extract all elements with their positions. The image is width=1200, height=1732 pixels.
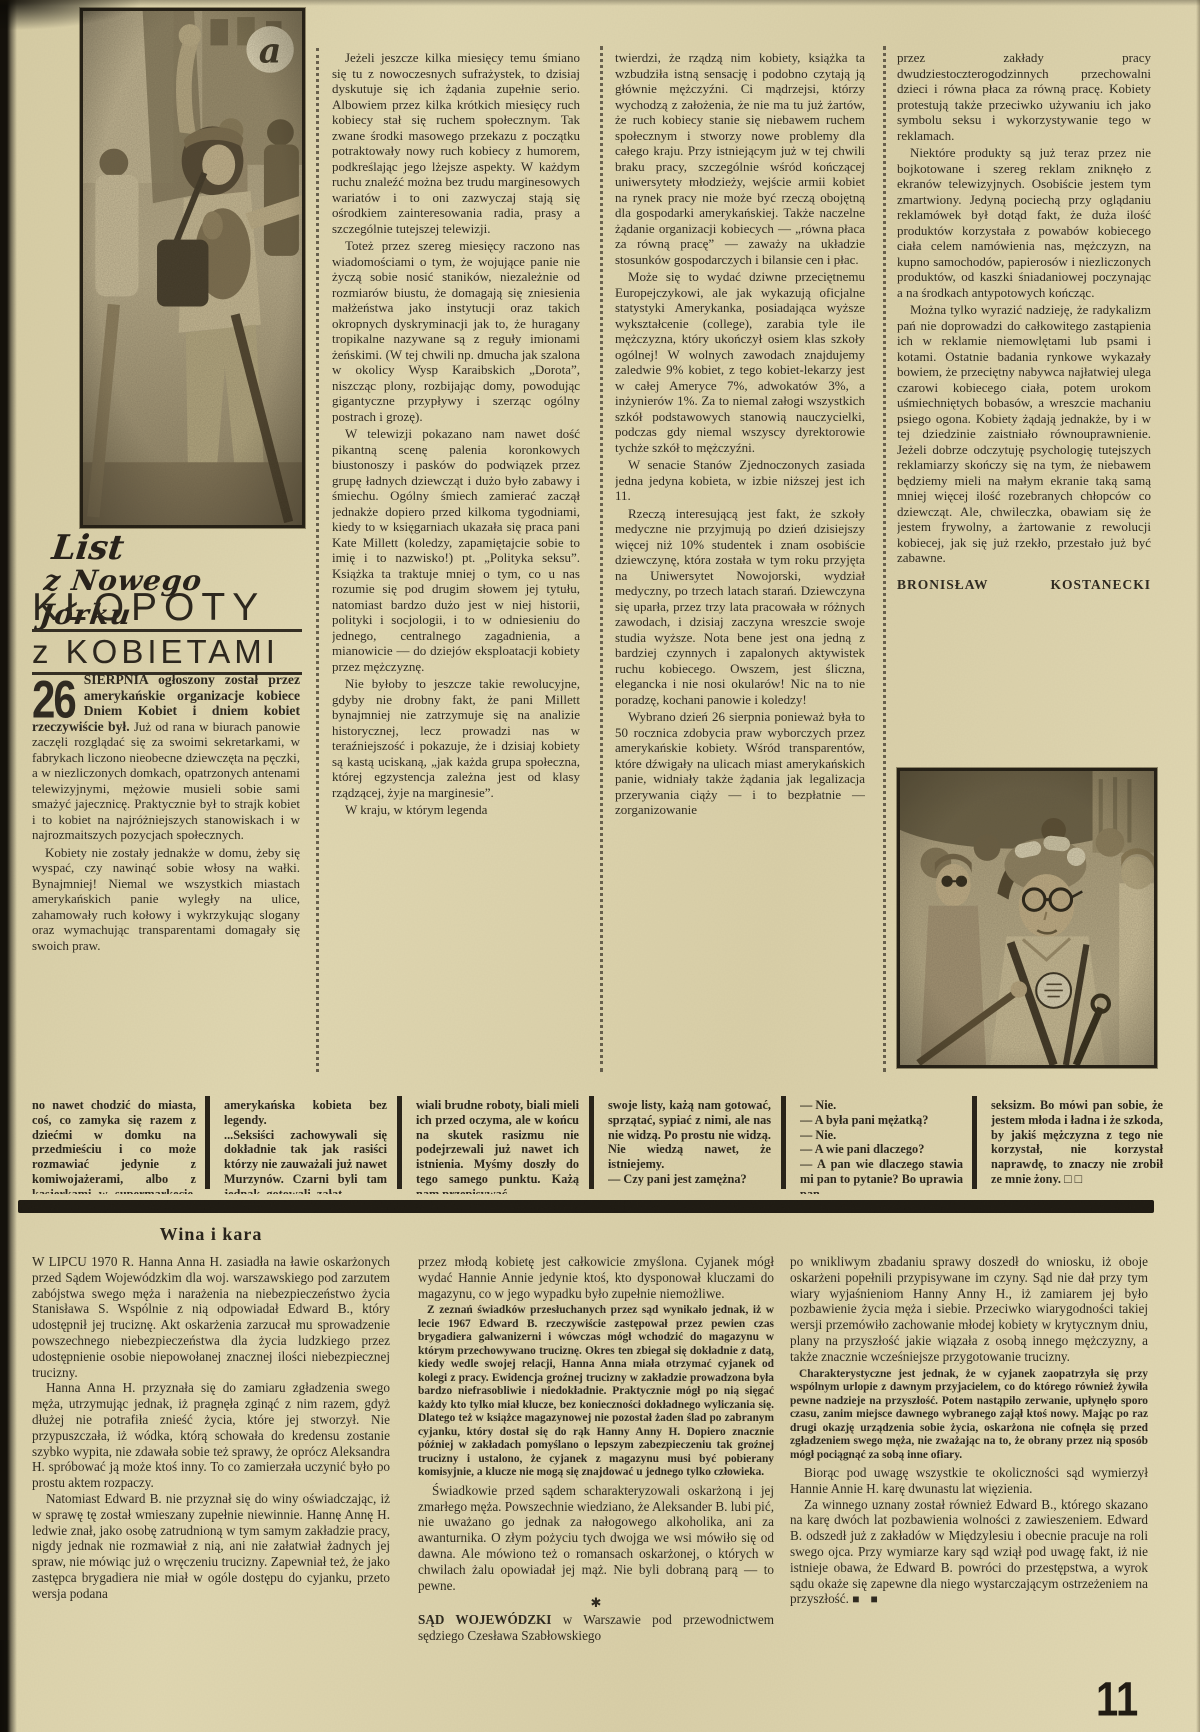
scan-edge-top xyxy=(0,0,1200,6)
paragraph: Kobiety nie zostały jednakże w domu, żeb… xyxy=(32,845,300,954)
scan-edge-right xyxy=(1196,0,1200,1732)
article1-column-3: twierdzi, że rządzą nim kobiety, książka… xyxy=(615,50,865,1062)
paragraph: Rzeczą interesującą jest fakt, że szkoły… xyxy=(615,506,865,708)
scan-edge-bottom-left xyxy=(0,1640,10,1732)
headline-line2: z KOBIETAMI xyxy=(32,634,302,675)
column-divider-dotted xyxy=(600,46,603,1072)
band-separator-bar xyxy=(972,1096,977,1189)
paragraph: Toteż przez szereg miesięcy raczono nas … xyxy=(332,238,580,424)
asterisk-separator: ✱ xyxy=(418,1595,774,1611)
excerpt-column-5: — Nie. — A była pani mężatką? — Nie. — A… xyxy=(800,1098,963,1194)
paragraph: Świadkowie przed sądem scharakteryzowali… xyxy=(418,1483,774,1594)
crowd-elderly-woman-photo xyxy=(897,768,1157,1068)
article1-column-4: przez zakłady pracy dwudziestoczterogodz… xyxy=(897,50,1151,762)
article1-intro-column: 26SIERPNIA ogłoszony został przez ameryk… xyxy=(32,672,300,1078)
paragraph: Biorąc pod uwagę wszystkie te okolicznoś… xyxy=(790,1465,1148,1497)
headline-line1: KŁOPOTY xyxy=(32,588,302,632)
paragraph: Za winnego uznany został również Edward … xyxy=(790,1497,1148,1609)
column-divider-dotted xyxy=(316,48,319,1072)
scan-edge-left xyxy=(0,0,17,1732)
excerpt-column-4: swoje listy, każą nam gotować, sprzątać,… xyxy=(608,1098,771,1194)
article-end-mark: ■ ■ xyxy=(852,1592,882,1606)
band-separator-bar xyxy=(589,1096,594,1189)
paragraph: Niektóre produkty są już teraz przez nie… xyxy=(897,145,1151,300)
article2-column-1: W LIPCU 1970 R. Hanna Anna H. zasiadła n… xyxy=(32,1254,390,1700)
paragraph: Jeżeli jeszcze kilka miesięcy temu śmian… xyxy=(332,50,580,236)
band-separator-bar xyxy=(781,1096,786,1189)
article2-column-2: przez młodą kobietę jest całkowicie zmyś… xyxy=(418,1254,774,1700)
small-print-paragraph: Charakterystyczne jest jednak, że w cyja… xyxy=(790,1368,1148,1463)
photo-illustration xyxy=(900,771,1154,1065)
paragraph: W kraju, w którym legenda xyxy=(332,802,580,818)
small-print-paragraph: Z zeznań świadków przesłuchanych przez s… xyxy=(418,1304,774,1480)
section-divider-bar xyxy=(18,1200,1154,1213)
lead-paragraph: 26SIERPNIA ogłoszony został przez ameryk… xyxy=(32,672,300,843)
article1-column-2: Jeżeli jeszcze kilka miesięcy temu śmian… xyxy=(332,50,580,1062)
article2-title: Wina i kara xyxy=(32,1224,390,1245)
paragraph-text: Za winnego uznany został również Edward … xyxy=(790,1497,1148,1607)
column-divider-dotted xyxy=(883,46,886,1072)
paragraph: przez zakłady pracy dwudziestoczterogodz… xyxy=(897,50,1151,143)
lead-body-text: Już od rana w biurach panowie zaczęli ro… xyxy=(32,719,300,843)
paragraph: W telewizji pokazano nam nawet dość pika… xyxy=(332,426,580,674)
band-separator-bar xyxy=(397,1096,402,1189)
excerpt-column-3: wiali brudne roboty, biali mieli ich prz… xyxy=(416,1098,579,1194)
excerpt-column-2: amerykańska kobieta bez legendy. ...Seks… xyxy=(224,1098,387,1194)
paragraph: Hanna Anna H. przyznała się do zamiaru z… xyxy=(32,1380,390,1491)
page-number: 11 xyxy=(1096,1674,1138,1728)
kicker-line1: List xyxy=(50,532,306,564)
paragraph: SĄD WOJEWÓDZKI w Warszawie pod przewodni… xyxy=(418,1612,774,1644)
paragraph: przez młodą kobietę jest całkowicie zmyś… xyxy=(418,1254,774,1301)
paragraph: twierdzi, że rządzą nim kobiety, książka… xyxy=(615,50,865,267)
band-separator-bar xyxy=(205,1096,210,1189)
paragraph: Natomiast Edward B. nie przyznał się do … xyxy=(32,1491,390,1602)
excerpt-column-1: no nawet chodzić do miasta, coś, co zamy… xyxy=(32,1098,196,1194)
article2-column-3: po wnikliwym zbadaniu sprawy doszedł do … xyxy=(790,1254,1148,1700)
paragraph: Wybrano dzień 26 sierpnia ponieważ była … xyxy=(615,709,865,818)
paragraph: W senacie Stanów Zjednoczonych zasiada j… xyxy=(615,457,865,504)
drop-cap: 26 xyxy=(32,675,75,725)
demonstration-march-photo: a xyxy=(80,8,305,528)
newspaper-page: a List z Nowego Jorku KŁO xyxy=(0,0,1200,1732)
paragraph: Można tylko wyrazić nadzieję, że radykal… xyxy=(897,302,1151,566)
paragraph: po wnikliwym zbadaniu sprawy doszedł do … xyxy=(790,1254,1148,1365)
excerpt-column-6: seksizm. Bo mówi pan sobie, że jestem mł… xyxy=(991,1098,1163,1194)
byline: BRONISŁAW KOSTANECKI xyxy=(897,577,1151,593)
paragraph: Może się to wydać dziwne przeciętnemu Eu… xyxy=(615,269,865,455)
paragraph: Nie byłoby to jeszcze takie rewolucyjne,… xyxy=(332,676,580,800)
photo-illustration: a xyxy=(83,11,302,525)
court-name-bold: SĄD WOJEWÓDZKI xyxy=(418,1612,551,1627)
paragraph: W LIPCU 1970 R. Hanna Anna H. zasiadła n… xyxy=(32,1254,390,1380)
